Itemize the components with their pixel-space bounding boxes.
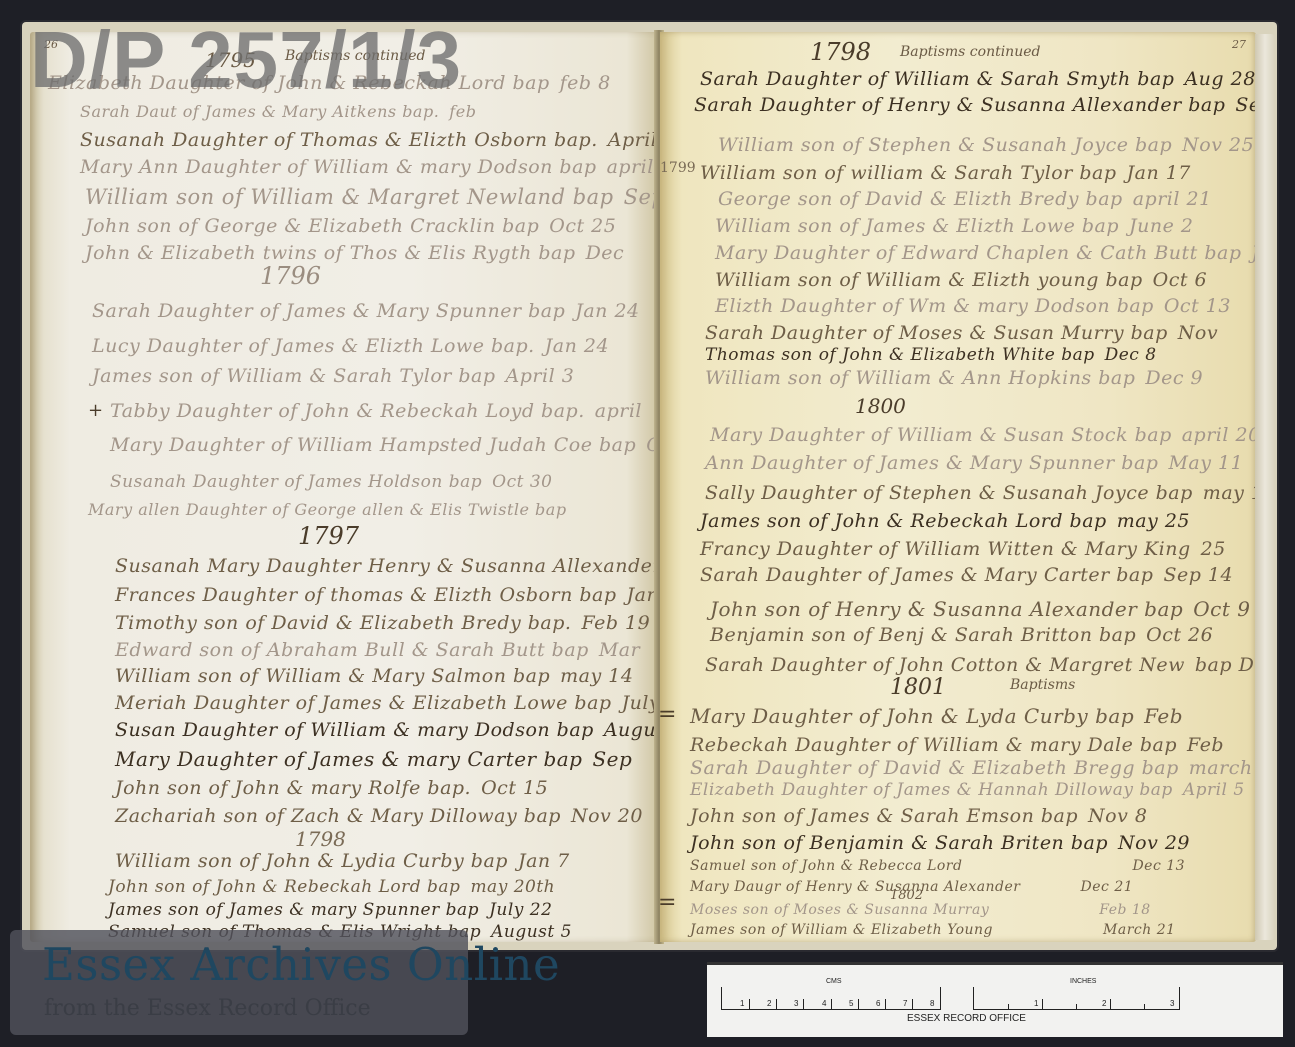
- right-page-number: 27: [1232, 38, 1246, 51]
- register-entry: James son of William & Elizabeth YoungMa…: [690, 922, 1176, 938]
- register-entry: Mary Daughter of John & Lyda Curby bapFe…: [690, 704, 1183, 728]
- register-entry: Meriah Daughter of James & Elizabeth Low…: [115, 692, 658, 714]
- ruler-caption: ESSEX RECORD OFFICE: [907, 1013, 1026, 1024]
- register-entry: Ann Daughter of James & Mary Spunner bap…: [705, 452, 1243, 474]
- register-entry: John son of John & mary Rolfe bap.Oct 15: [115, 777, 548, 799]
- year-heading-1800: 1800: [855, 394, 906, 418]
- register-entry: Rebeckah Daughter of William & mary Dale…: [690, 734, 1224, 756]
- margin-equals-mark: =: [660, 702, 676, 727]
- register-entry: Sarah Daughter of John Cotton & Margret …: [705, 654, 1256, 676]
- register-entry: Benjamin son of Benj & Sarah Britton bap…: [710, 624, 1213, 646]
- register-entry: Sarah Daughter of Moses & Susan Murry ba…: [705, 322, 1218, 344]
- register-entry: Francy Daughter of William Witten & Mary…: [700, 538, 1226, 560]
- year-heading-1802: 1802: [890, 888, 923, 903]
- measurement-ruler: CMS 1 2 3 4 5 6 7 8 INCHES 1 2 3 ESSEX R…: [707, 962, 1283, 1037]
- register-entry: Susanah Daughter of James Holdson bapOct…: [110, 472, 552, 492]
- margin-year-1799: 1799: [660, 160, 696, 176]
- register-entry: Elizabeth Daughter of James & Hannah Dil…: [690, 780, 1245, 800]
- register-entry: Susanah Daughter of Thomas & Elizth Osbo…: [80, 129, 657, 151]
- year-heading-1796: 1796: [260, 262, 321, 290]
- register-entry: Samuel son of John & Rebecca LordDec 13: [690, 858, 1185, 874]
- register-entry: Edward son of Abraham Bull & Sarah Butt …: [115, 639, 640, 661]
- left-page-entries: 26 1795 Baptisms continued Elizabeth Dau…: [30, 32, 658, 942]
- register-entry: Sarah Daughter of William & Sarah Smyth …: [700, 68, 1256, 90]
- cms-label: CMS: [826, 978, 842, 985]
- register-entry: Sarah Daughter of David & Elizabeth Breg…: [690, 757, 1256, 779]
- page-edge: [1255, 34, 1275, 940]
- brand-title: Essex Archives Online: [42, 938, 560, 991]
- register-entry: Mary Daughter of William & Susan Stock b…: [710, 424, 1256, 446]
- parish-register-book: 26 1795 Baptisms continued Elizabeth Dau…: [22, 22, 1277, 950]
- inches-scale: INCHES 1 2 3: [973, 987, 1180, 1010]
- register-entry: James son of William & Sarah Tylor bapAp…: [92, 365, 574, 387]
- register-entry: John & Elizabeth twins of Thos & Elis Ry…: [85, 242, 624, 264]
- cms-scale: CMS 1 2 3 4 5 6 7 8: [721, 987, 941, 1010]
- register-entry: Lucy Daughter of James & Elizth Lowe bap…: [92, 335, 609, 357]
- register-entry: James son of James & mary Spunner bapJul…: [108, 900, 552, 920]
- right-heading: Baptisms continued: [900, 44, 1040, 60]
- heading-1801-baptisms: Baptisms: [1010, 677, 1075, 693]
- register-entry: Sarah Daughter of James & Mary Spunner b…: [92, 300, 640, 322]
- register-entry: Susan Daughter of William & mary Dodson …: [115, 719, 658, 741]
- register-entry: John son of James & Sarah Emson bapNov 8: [690, 805, 1147, 827]
- register-entry: Mary Daughter of William Hampsted Judah …: [110, 434, 658, 456]
- register-entry: William son of william & Sarah Tylor bap…: [700, 162, 1191, 184]
- register-entry: Sarah Daughter of Henry & Susanna Allexa…: [694, 94, 1256, 116]
- inches-label: INCHES: [1070, 978, 1096, 985]
- right-heading-year: 1798: [810, 38, 871, 66]
- register-entry: Zachariah son of Zach & Mary Dilloway ba…: [115, 805, 643, 827]
- register-entry: William son of William & Elizth young ba…: [715, 269, 1207, 291]
- register-entry: James son of John & Rebeckah Lord bapmay…: [700, 510, 1190, 532]
- register-entry: George son of David & Elizth Bredy bapap…: [718, 188, 1212, 210]
- register-entry: John son of Benjamin & Sarah Briten bapN…: [690, 832, 1190, 854]
- document-reference-watermark: D/P 257/1/3: [30, 20, 462, 100]
- register-entry: Moses son of Moses & Susanna MurrayFeb 1…: [690, 902, 1151, 918]
- register-entry: William son of William & Ann Hopkins bap…: [705, 367, 1203, 389]
- register-entry: William son of John & Lydia Curby bapJan…: [115, 850, 570, 872]
- right-page: 27 1798 Baptisms continued Sarah Daughte…: [660, 32, 1256, 942]
- year-heading-1798: 1798: [295, 827, 346, 851]
- register-entry: John son of John & Rebeckah Lord bapmay …: [108, 877, 555, 897]
- margin-equals-mark: =: [660, 890, 676, 915]
- register-entry: William son of William & Mary Salmon bap…: [115, 665, 633, 687]
- register-entry: Mary allen Daughter of George allen & El…: [88, 500, 577, 519]
- register-entry: John son of George & Elizabeth Cracklin …: [85, 215, 616, 237]
- year-heading-1797: 1797: [298, 522, 359, 550]
- register-entry: John son of Henry & Susanna Alexander ba…: [710, 597, 1250, 621]
- register-entry: Timothy son of David & Elizabeth Bredy b…: [115, 612, 650, 634]
- register-entry: Mary Daughter of James & mary Carter bap…: [115, 747, 632, 771]
- register-entry: Sally Daughter of Stephen & Susanah Joyc…: [705, 482, 1256, 504]
- right-page-entries: 27 1798 Baptisms continued Sarah Daughte…: [660, 32, 1256, 942]
- essex-archives-branding: Essex Archives Online from the Essex Rec…: [10, 930, 468, 1035]
- register-entry: Susanah Mary Daughter Henry & Susanna Al…: [115, 555, 658, 577]
- margin-cross-mark: +: [88, 400, 103, 421]
- year-heading-1801: 1801: [890, 675, 946, 700]
- register-entry: Frances Daughter of thomas & Elizth Osbo…: [115, 584, 658, 606]
- register-entry: Mary Daughter of Edward Chaplen & Cath B…: [715, 242, 1256, 264]
- register-entry: Thomas son of John & Elizabeth White bap…: [705, 345, 1157, 365]
- left-page: 26 1795 Baptisms continued Elizabeth Dau…: [30, 32, 658, 942]
- register-entry: William son of William & Margret Newland…: [85, 185, 658, 209]
- register-entry: William son of James & Elizth Lowe bapJu…: [715, 215, 1193, 237]
- register-entry: William son of Stephen & Susanah Joyce b…: [718, 134, 1254, 156]
- register-entry: Elizth Daughter of Wm & mary Dodson bapO…: [715, 295, 1231, 317]
- register-entry: Tabby Daughter of John & Rebeckah Loyd b…: [110, 400, 642, 422]
- register-entry: Sarah Daughter of James & Mary Carter ba…: [700, 564, 1233, 586]
- register-entry: Mary Ann Daughter of William & mary Dods…: [80, 156, 654, 178]
- register-entry: Sarah Daut of James & Mary Aitkens bap.f…: [80, 102, 476, 121]
- brand-subtitle: from the Essex Record Office: [44, 996, 371, 1021]
